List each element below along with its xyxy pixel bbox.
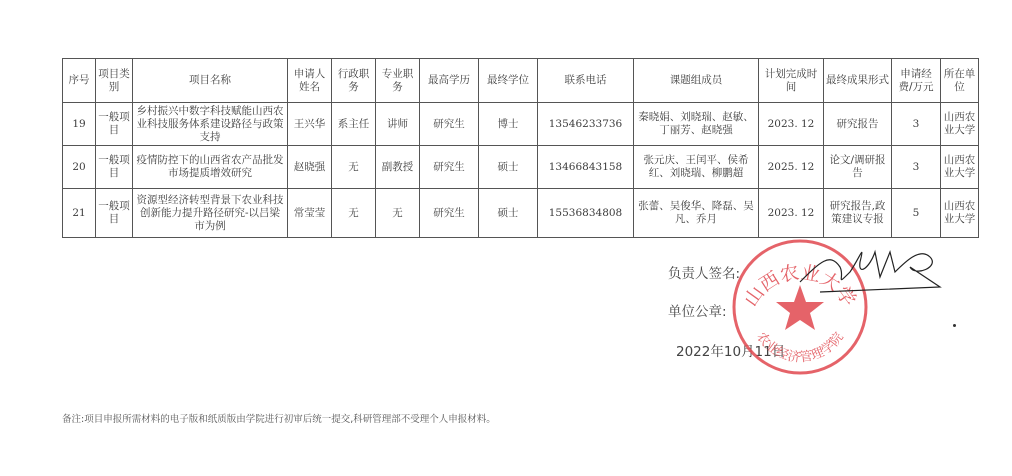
stray-mark — [953, 324, 956, 327]
cell-outcome: 研究报告,政策建议专报 — [824, 189, 892, 238]
cell-members: 张蕾、吴俊华、降磊、吴凡、乔月 — [634, 189, 759, 238]
cell-no: 19 — [63, 103, 96, 146]
cell-category: 一般项目 — [96, 146, 133, 189]
header-phone: 联系电话 — [538, 59, 634, 103]
handwritten-signature — [790, 232, 970, 312]
cell-applicant: 王兴华 — [288, 103, 332, 146]
table-row: 20 一般项目 疫情防控下的山西省农产品批发市场提质增效研究 赵晓强 无 副教授… — [63, 146, 979, 189]
cell-title: 疫情防控下的山西省农产品批发市场提质增效研究 — [133, 146, 288, 189]
header-category: 项目类别 — [96, 59, 133, 103]
cell-members: 张元庆、王闰平、侯希红、刘晓瑞、柳鹏超 — [634, 146, 759, 189]
cell-prof-title: 无 — [376, 189, 420, 238]
cell-funding: 3 — [892, 103, 941, 146]
header-admin-post: 行政职务 — [332, 59, 376, 103]
header-no: 序号 — [63, 59, 96, 103]
cell-title: 乡村振兴中数字科技赋能山西农业科技服务体系建设路径与政策支持 — [133, 103, 288, 146]
cell-admin-post: 无 — [332, 146, 376, 189]
svg-text:农业经济管理学院: 农业经济管理学院 — [753, 330, 847, 366]
header-title: 项目名称 — [133, 59, 288, 103]
cell-unit: 山西农业大学 — [941, 146, 979, 189]
cell-education: 研究生 — [420, 146, 479, 189]
cell-members: 秦晓娟、刘晓瑞、赵敏、丁丽芳、赵晓强 — [634, 103, 759, 146]
header-row: 序号 项目类别 项目名称 申请人姓名 行政职务 专业职务 最高学历 最终学位 联… — [63, 59, 979, 103]
cell-degree: 硕士 — [479, 146, 538, 189]
cell-category: 一般项目 — [96, 189, 133, 238]
header-outcome: 最终成果形式 — [824, 59, 892, 103]
cell-unit: 山西农业大学 — [941, 189, 979, 238]
cell-phone: 15536834808 — [538, 189, 634, 238]
header-prof-title: 专业职务 — [376, 59, 420, 103]
cell-admin-post: 无 — [332, 189, 376, 238]
table-row: 21 一般项目 资源型经济转型背景下农业科技创新能力提升路径研究-以吕梁市为例 … — [63, 189, 979, 238]
cell-education: 研究生 — [420, 103, 479, 146]
cell-funding: 3 — [892, 146, 941, 189]
cell-outcome: 研究报告 — [824, 103, 892, 146]
header-degree: 最终学位 — [479, 59, 538, 103]
header-unit: 所在单位 — [941, 59, 979, 103]
project-table: 序号 项目类别 项目名称 申请人姓名 行政职务 专业职务 最高学历 最终学位 联… — [62, 58, 979, 238]
cell-applicant: 赵晓强 — [288, 146, 332, 189]
header-applicant: 申请人姓名 — [288, 59, 332, 103]
seal-bottom-text: 农业经济管理学院 — [753, 330, 847, 366]
cell-deadline: 2025. 12 — [759, 146, 824, 189]
cell-prof-title: 副教授 — [376, 146, 420, 189]
cell-no: 20 — [63, 146, 96, 189]
cell-funding: 5 — [892, 189, 941, 238]
cell-outcome: 论文/调研报告 — [824, 146, 892, 189]
header-members: 课题组成员 — [634, 59, 759, 103]
cell-unit: 山西农业大学 — [941, 103, 979, 146]
cell-phone: 13546233736 — [538, 103, 634, 146]
cell-prof-title: 讲师 — [376, 103, 420, 146]
cell-category: 一般项目 — [96, 103, 133, 146]
cell-title: 资源型经济转型背景下农业科技创新能力提升路径研究-以吕梁市为例 — [133, 189, 288, 238]
footnote: 备注:项目申报所需材料的电子版和纸质版由学院进行初审后统一提交,科研管理部不受理… — [62, 411, 496, 425]
cell-degree: 博士 — [479, 103, 538, 146]
cell-phone: 13466843158 — [538, 146, 634, 189]
header-deadline: 计划完成时间 — [759, 59, 824, 103]
cell-degree: 硕士 — [479, 189, 538, 238]
header-education: 最高学历 — [420, 59, 479, 103]
cell-education: 研究生 — [420, 189, 479, 238]
cell-deadline: 2023. 12 — [759, 189, 824, 238]
cell-admin-post: 系主任 — [332, 103, 376, 146]
unit-seal-label: 单位公章: — [668, 300, 727, 320]
cell-deadline: 2023. 12 — [759, 103, 824, 146]
table-row: 19 一般项目 乡村振兴中数字科技赋能山西农业科技服务体系建设路径与政策支持 王… — [63, 103, 979, 146]
cell-applicant: 常莹莹 — [288, 189, 332, 238]
cell-no: 21 — [63, 189, 96, 238]
header-funding: 申请经费/万元 — [892, 59, 941, 103]
